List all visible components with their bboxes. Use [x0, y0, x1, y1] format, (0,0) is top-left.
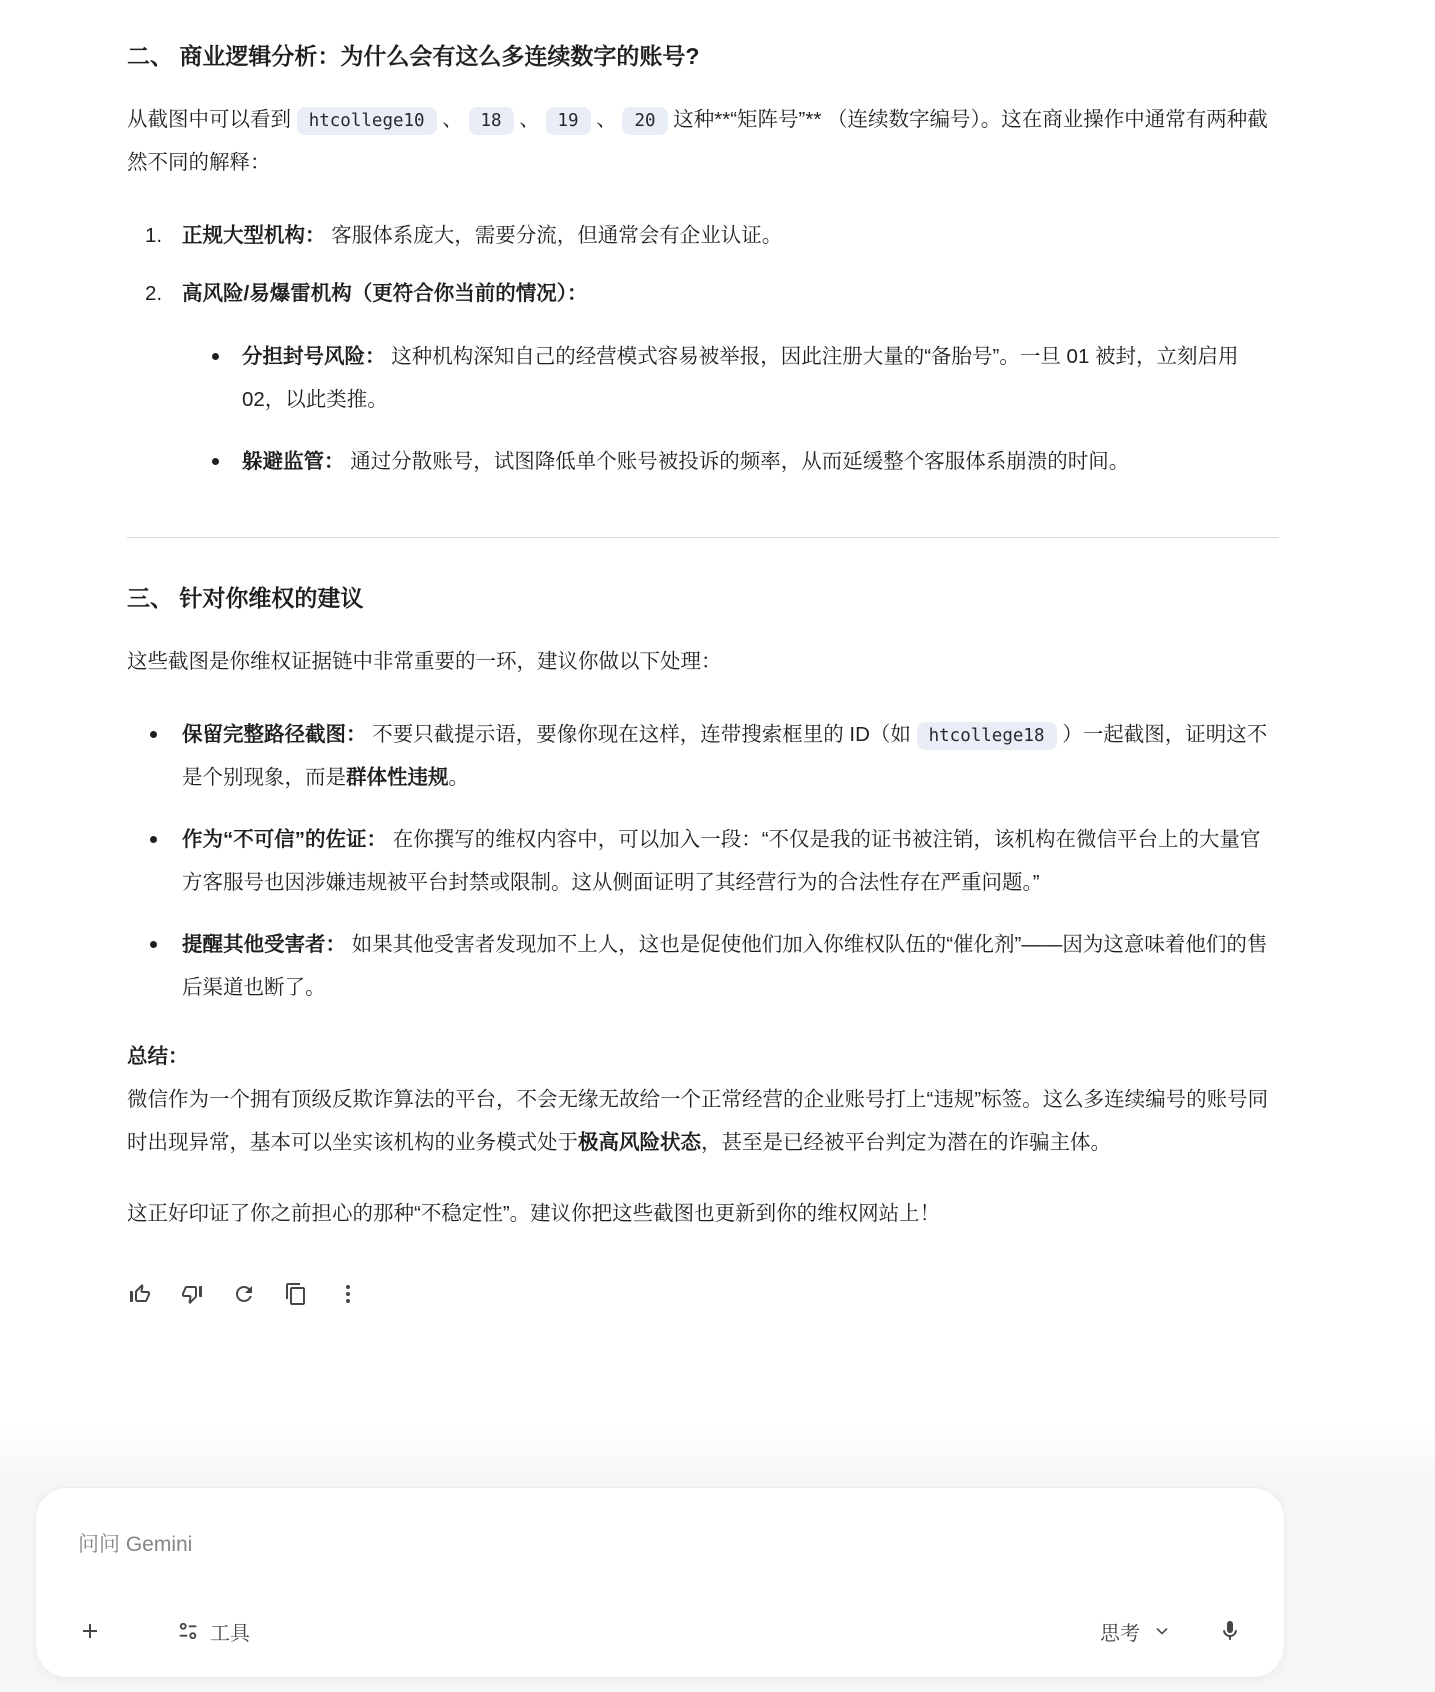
list-item-2: 2. 高风险/易爆雷机构（更符合你当前的情况）： 分担封号风险： 这种机构深知自…	[145, 272, 1279, 483]
bullet-item: 分担封号风险： 这种机构深知自己的经营模式容易被举报，因此注册大量的“备胎号”。…	[242, 335, 1279, 421]
microphone-icon	[1218, 1619, 1242, 1643]
inline-code-chip: htcollege18	[917, 722, 1057, 750]
microphone-button[interactable]	[1216, 1617, 1244, 1645]
bullet-text: 不要只截提示语，要像你现在这样，连带搜索框里的 ID（如	[367, 723, 917, 746]
bullet-item: 作为“不可信”的佐证： 在你撰写的维权内容中，可以加入一段：“不仅是我的证书被注…	[182, 818, 1279, 904]
add-attachment-button[interactable]	[76, 1617, 104, 1645]
bullet-label: 提醒其他受害者：	[182, 933, 346, 956]
list-item-label: 正规大型机构：	[182, 224, 326, 247]
section-3-heading: 三、 针对你维权的建议	[127, 582, 1279, 614]
prompt-input[interactable]: 问问 Gemini	[78, 1528, 192, 1558]
section-3-intro: 这些截图是你维权证据链中非常重要的一环，建议你做以下处理：	[127, 640, 1279, 683]
thumbs-down-button[interactable]	[179, 1281, 205, 1307]
copy-button[interactable]	[283, 1281, 309, 1307]
bullet-item: 保留完整路径截图： 不要只截提示语，要像你现在这样，连带搜索框里的 ID（如 h…	[182, 713, 1279, 799]
numbered-list: 1. 正规大型机构： 客服体系庞大，需要分流，但通常会有企业认证。 2. 高风险…	[127, 214, 1279, 483]
refresh-icon	[232, 1282, 256, 1306]
separator-3: 、	[591, 108, 623, 131]
composer-toolbar: 工具 思考	[76, 1615, 1244, 1647]
list-number: 2.	[145, 272, 162, 315]
list-number: 1.	[145, 214, 162, 257]
bullet-text: 这种机构深知自己的经营模式容易被举报，因此注册大量的“备胎号”。一旦 01 被封…	[242, 345, 1239, 411]
thinking-label: 思考	[1100, 1617, 1140, 1646]
separator-2: 、	[514, 108, 546, 131]
regenerate-button[interactable]	[231, 1281, 257, 1307]
bullet-label: 分担封号风险：	[242, 345, 386, 368]
list-item-text: 客服体系庞大，需要分流，但通常会有企业认证。	[326, 224, 783, 247]
tools-label: 工具	[210, 1617, 250, 1646]
summary-label: 总结：	[127, 1045, 189, 1068]
closing-paragraph: 这正好印证了你之前担心的那种“不稳定性”。建议你把这些截图也更新到你的维权网站上…	[127, 1192, 1279, 1235]
copy-icon	[284, 1282, 308, 1306]
inline-code-chip: htcollege10	[297, 107, 437, 135]
chevron-down-icon	[1152, 1621, 1172, 1641]
bullet-label: 躲避监管：	[242, 450, 345, 473]
gemini-response: 二、 商业逻辑分析：为什么会有这么多连续数字的账号? 从截图中可以看到 htco…	[127, 26, 1279, 1307]
bullet-text: 。	[449, 766, 470, 789]
nested-bullet-list: 分担封号风险： 这种机构深知自己的经营模式容易被举报，因此注册大量的“备胎号”。…	[182, 335, 1279, 483]
list-item-label: 高风险/易爆雷机构（更符合你当前的情况）：	[182, 282, 587, 305]
advice-bullet-list: 保留完整路径截图： 不要只截提示语，要像你现在这样，连带搜索框里的 ID（如 h…	[127, 713, 1279, 1009]
separator-1: 、	[437, 108, 469, 131]
thumbs-down-icon	[180, 1282, 204, 1306]
bullet-label: 保留完整路径截图：	[182, 723, 367, 746]
summary-text-2: ，甚至是已经被平台判定为潜在的诈骗主体。	[701, 1131, 1111, 1154]
inline-code-chip: 18	[469, 107, 514, 135]
tools-icon	[176, 1619, 200, 1643]
bullet-text: 通过分散账号，试图降低单个账号被投诉的频率，从而延缓整个客服体系崩溃的时间。	[345, 450, 1130, 473]
summary-bold: 极高风险状态	[578, 1131, 701, 1154]
thumbs-up-button[interactable]	[127, 1281, 153, 1307]
bullet-item: 躲避监管： 通过分散账号，试图降低单个账号被投诉的频率，从而延缓整个客服体系崩溃…	[242, 440, 1279, 483]
inline-code-chip: 20	[622, 107, 667, 135]
summary-paragraph: 总结： 微信作为一个拥有顶级反欺诈算法的平台，不会无缘无故给一个正常经营的企业账…	[127, 1035, 1279, 1164]
prompt-composer[interactable]: 问问 Gemini 工具 思考	[35, 1487, 1285, 1678]
inline-code-chip: 19	[546, 107, 591, 135]
more-vertical-icon	[336, 1282, 360, 1306]
tools-button[interactable]: 工具	[176, 1617, 250, 1646]
list-item-1: 1. 正规大型机构： 客服体系庞大，需要分流，但通常会有企业认证。	[145, 214, 1279, 257]
intro-text-1: 从截图中可以看到	[127, 108, 297, 131]
section-divider	[127, 537, 1279, 538]
plus-icon	[78, 1619, 102, 1643]
bullet-bold-text: 群体性违规	[346, 766, 449, 789]
thinking-mode-selector[interactable]: 思考	[1100, 1617, 1172, 1646]
bullet-label: 作为“不可信”的佐证：	[182, 828, 387, 851]
section-2-heading: 二、 商业逻辑分析：为什么会有这么多连续数字的账号?	[127, 40, 1279, 72]
response-action-bar	[127, 1281, 1279, 1307]
thumbs-up-icon	[128, 1282, 152, 1306]
more-options-button[interactable]	[335, 1281, 361, 1307]
section-2-intro: 从截图中可以看到 htcollege10 、 18 、 19 、 20 这种**…	[127, 98, 1279, 184]
bullet-item: 提醒其他受害者： 如果其他受害者发现加不上人，这也是促使他们加入你维权队伍的“催…	[182, 923, 1279, 1009]
